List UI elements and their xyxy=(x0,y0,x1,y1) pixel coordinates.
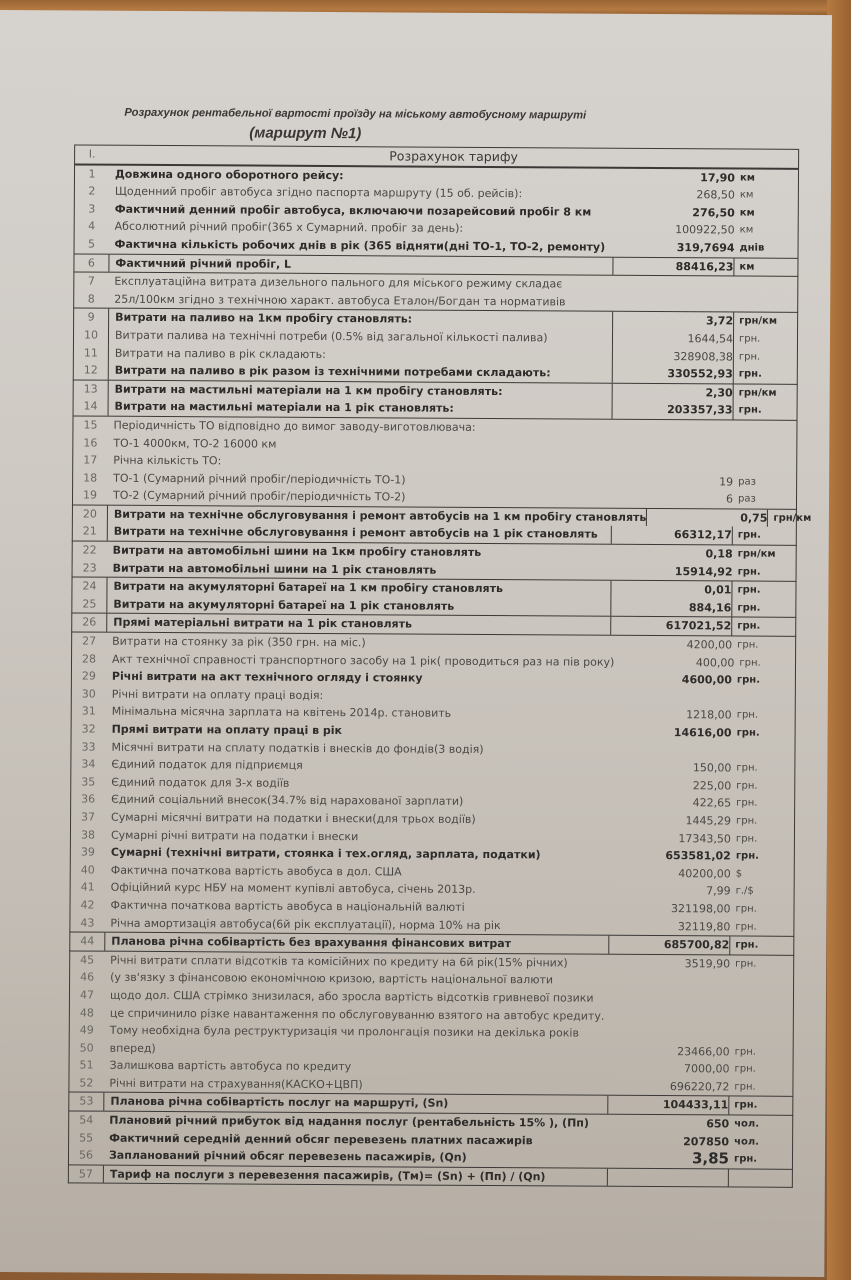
row-value: 321198,00 xyxy=(610,900,730,918)
row-number: 46 xyxy=(70,969,104,987)
row-value xyxy=(610,981,730,982)
row-unit: грн. xyxy=(730,900,793,918)
row-unit: грн. xyxy=(731,777,794,795)
row-value: 653581,02 xyxy=(611,847,731,865)
row-group: 1Довжина одного оборотного рейсу:17,90км… xyxy=(74,165,800,258)
row-unit: грн. xyxy=(733,527,796,545)
row-label: ТО-2 (Сумарний річний пробіг/періодичніс… xyxy=(107,487,613,508)
row-unit: грн. xyxy=(730,955,793,973)
row-label: 25л/100км згідно з технічною характ. авт… xyxy=(108,290,614,311)
row-value: 17,90 xyxy=(615,168,735,186)
row-value: 6 xyxy=(613,490,733,508)
row-value: 88416,23 xyxy=(612,257,734,275)
row-number: 18 xyxy=(73,469,107,487)
row-number: 38 xyxy=(71,826,105,844)
row-number: 53 xyxy=(69,1093,103,1111)
row-value: 0,01 xyxy=(610,581,732,599)
row-label: Річні витрати на страхування(КАСКО+ЦВП) xyxy=(103,1075,609,1096)
table-body: 1Довжина одного оборотного рейсу:17,90км… xyxy=(68,165,799,1188)
row-unit: г./$ xyxy=(731,883,794,901)
row-number: 31 xyxy=(72,703,106,721)
paper-sheet: Розрахунок рентабельної вартості проїзду… xyxy=(0,10,832,1277)
row-number: 30 xyxy=(72,685,106,703)
row-value: 884,16 xyxy=(610,599,732,617)
row-number: 47 xyxy=(70,986,104,1004)
row-group: 54Плановий річний прибуток від надання п… xyxy=(68,1112,793,1170)
row-unit: грн. xyxy=(733,563,796,581)
row-label: Тариф на послуги з перевезення пасажирів… xyxy=(103,1165,607,1186)
row-unit: грн. xyxy=(731,848,794,866)
row-value: 23466,00 xyxy=(610,1042,730,1060)
row-number: 14 xyxy=(74,398,108,416)
row-unit: грн. xyxy=(734,654,797,672)
row-value: 422,65 xyxy=(611,794,731,812)
row-number: 9 xyxy=(74,309,108,327)
row-number: 10 xyxy=(74,326,108,344)
row-number: 2 xyxy=(75,183,109,201)
row-group: 45Річні витрати сплати відсотків та комі… xyxy=(68,951,794,1097)
row-number: 32 xyxy=(72,720,106,738)
row-number: 51 xyxy=(69,1057,103,1075)
row-unit: км xyxy=(735,187,798,205)
row-group: 13Витрати на мастильні матеріали на 1 км… xyxy=(73,380,798,421)
row-value: 66312,17 xyxy=(611,526,733,544)
row-number: 19 xyxy=(73,487,107,505)
row-unit: грн. xyxy=(734,366,797,384)
row-value: 328908,38 xyxy=(612,347,734,365)
row-value: 1445,29 xyxy=(611,812,731,830)
row-unit: грн. xyxy=(731,812,794,830)
row-unit: грн. xyxy=(729,1097,792,1115)
row-unit: грн. xyxy=(734,348,797,366)
row-number: 52 xyxy=(69,1074,103,1092)
row-number: 11 xyxy=(74,344,108,362)
row-value: 203357,33 xyxy=(612,401,734,419)
row-value: 2,30 xyxy=(612,383,734,401)
row-label: Фактичний річний пробіг, L xyxy=(108,254,612,275)
row-label: Витрати на паливо в рік разом із технічн… xyxy=(108,362,612,383)
row-number: 27 xyxy=(72,632,106,650)
row-number: 8 xyxy=(74,290,108,308)
row-number: 56 xyxy=(69,1147,103,1165)
row-unit: грн. xyxy=(730,937,793,955)
row-value: 3,72 xyxy=(612,312,734,330)
row-unit: грн. xyxy=(734,402,797,420)
row-value: 32119,80 xyxy=(610,917,730,935)
tariff-table: I. Розрахунок тарифу 1Довжина одного обо… xyxy=(68,144,799,1188)
row-value: 17343,50 xyxy=(611,829,731,847)
row-group: 57Тариф на послуги з перевезення пасажир… xyxy=(68,1165,793,1188)
row-number: 12 xyxy=(74,362,108,380)
row-group: 22Витрати на автомобільні шини на 1км пр… xyxy=(72,542,797,583)
row-unit: грн. xyxy=(729,1061,792,1079)
row-unit: грн. xyxy=(732,707,795,725)
row-value: 7,99 xyxy=(611,882,731,900)
row-unit: грн. xyxy=(732,582,795,600)
row-unit: грн/км xyxy=(768,510,831,528)
row-value: 276,50 xyxy=(615,204,735,222)
row-unit: $ xyxy=(731,865,794,883)
row-number: 42 xyxy=(70,896,104,914)
row-number: 26 xyxy=(72,614,106,632)
row-unit: км xyxy=(735,204,798,222)
row-unit: днів xyxy=(735,239,798,257)
row-value: 3,85 xyxy=(609,1150,729,1168)
document-title: Розрахунок рентабельної вартості проїзду… xyxy=(124,107,624,122)
row-unit: грн. xyxy=(732,672,795,690)
row-unit: грн. xyxy=(730,918,793,936)
row-number: 55 xyxy=(69,1129,103,1147)
row-number: 3 xyxy=(75,200,109,218)
row-unit: грн. xyxy=(732,599,795,617)
row-label: Річна амортизація автобуса(6й рік експлу… xyxy=(104,914,610,935)
row-value: 4600,00 xyxy=(612,671,732,689)
row-number: 37 xyxy=(71,808,105,826)
row-number: 35 xyxy=(71,773,105,791)
row-number: 48 xyxy=(70,1004,104,1022)
row-label: Витрати на автомобільні шини на 1 рік ст… xyxy=(107,559,613,580)
row-number: 7 xyxy=(74,273,108,291)
row-unit: грн. xyxy=(729,1151,792,1169)
row-value xyxy=(614,285,734,286)
row-value: 19 xyxy=(613,472,733,490)
row-value xyxy=(614,302,734,303)
row-unit: грн/км xyxy=(734,313,797,331)
row-unit: раз xyxy=(733,473,796,491)
row-unit: км xyxy=(734,258,797,276)
row-value: 319,7694 xyxy=(615,239,735,257)
row-value: 1644,54 xyxy=(612,330,734,348)
row-unit: раз xyxy=(733,491,796,509)
row-unit: грн. xyxy=(732,724,795,742)
document-subtitle: (маршрут №1) xyxy=(249,125,361,143)
row-value: 104433,11 xyxy=(607,1096,729,1114)
row-value xyxy=(607,1169,729,1187)
row-unit: грн. xyxy=(731,830,794,848)
row-value: 100922,50 xyxy=(615,221,735,239)
row-label: Витрати на акумуляторні батареї на 1 рік… xyxy=(106,596,610,617)
row-value xyxy=(611,750,731,751)
row-unit: км xyxy=(735,222,798,240)
row-value xyxy=(613,446,733,447)
row-number: 50 xyxy=(70,1039,104,1057)
row-unit: чол. xyxy=(729,1133,792,1151)
row-unit: чол. xyxy=(729,1116,792,1134)
row-value: 0,18 xyxy=(613,545,733,563)
row-label: Запланований річний обсяг перевезень пас… xyxy=(103,1147,609,1168)
row-unit: км xyxy=(735,169,798,187)
row-group: 7Експлуатаційна витрата дизельного пальн… xyxy=(73,273,798,314)
row-group: 9Витрати на паливо на 1км пробігу станов… xyxy=(73,309,798,385)
row-value: 150,00 xyxy=(611,759,731,777)
row-value: 0,75 xyxy=(646,509,768,527)
row-number: 34 xyxy=(71,756,105,774)
row-value xyxy=(610,1016,730,1017)
row-group: 20Витрати на технічне обслуговування і р… xyxy=(72,505,797,546)
row-number: 29 xyxy=(72,668,106,686)
row-value xyxy=(610,1034,730,1035)
row-number: 24 xyxy=(72,578,106,596)
row-value: 696220,72 xyxy=(609,1078,729,1096)
row-number: 57 xyxy=(69,1165,103,1183)
row-group: 27Витрати на стоянку за рік (350 грн. на… xyxy=(69,632,796,937)
row-value: 1218,00 xyxy=(612,706,732,724)
row-number: 16 xyxy=(73,434,107,452)
row-value: 3519,90 xyxy=(610,954,730,972)
row-number: 5 xyxy=(75,235,109,253)
row-value: 15914,92 xyxy=(613,562,733,580)
row-number: 15 xyxy=(73,416,107,434)
row-unit: грн. xyxy=(729,1078,792,1096)
row-unit: грн. xyxy=(730,1043,793,1061)
row-label: Планова річна собівартість без врахуванн… xyxy=(104,933,608,954)
row-unit: грн. xyxy=(731,795,794,813)
row-number: 39 xyxy=(71,844,105,862)
row-value: 225,00 xyxy=(611,777,731,795)
row-number: 40 xyxy=(71,861,105,879)
row-unit: грн. xyxy=(731,760,794,778)
row-number: 45 xyxy=(70,951,104,969)
row-value xyxy=(613,464,733,465)
row-value: 40200,00 xyxy=(611,864,731,882)
row-number: 33 xyxy=(71,738,105,756)
row-number: 41 xyxy=(71,879,105,897)
row-label: Фактична кількість робочих днів в рік (3… xyxy=(109,236,615,257)
row-number: 4 xyxy=(75,218,109,236)
row-number: 54 xyxy=(69,1112,103,1130)
row-number: 36 xyxy=(71,791,105,809)
row-value: 400,00 xyxy=(614,653,734,671)
row-group: 24Витрати на акумуляторні батареї на 1 к… xyxy=(71,578,796,619)
row-value: 617021,52 xyxy=(610,617,732,635)
row-value: 14616,00 xyxy=(612,724,732,742)
row-number: 21 xyxy=(73,523,107,541)
row-label: Витрати на технічне обслуговування і рем… xyxy=(107,523,611,544)
row-unit: грн/км xyxy=(734,384,797,402)
row-value xyxy=(610,998,730,999)
row-unit: грн/км xyxy=(733,546,796,564)
row-number: 25 xyxy=(72,595,106,613)
row-number: 20 xyxy=(73,505,107,523)
row-value: 330552,93 xyxy=(612,365,734,383)
row-label: Прямі матеріальні витрати на 1 рік стано… xyxy=(106,614,610,635)
row-group: 15Періодичність ТО відповідно до вимог з… xyxy=(72,416,798,509)
row-number: 23 xyxy=(73,559,107,577)
row-label: Витрати на мастильні матеріали на 1 рік … xyxy=(108,398,612,419)
row-unit: грн. xyxy=(732,618,795,636)
row-number: 43 xyxy=(70,914,104,932)
row-number: 6 xyxy=(74,254,108,272)
row-value xyxy=(613,428,733,429)
row-value xyxy=(612,697,732,698)
row-value: 207850 xyxy=(609,1132,729,1150)
row-unit: грн. xyxy=(732,637,795,655)
table-row: 57Тариф на послуги з перевезення пасажир… xyxy=(69,1165,792,1187)
row-number: 28 xyxy=(72,650,106,668)
row-number: 44 xyxy=(70,933,104,951)
row-value: 7000,00 xyxy=(609,1060,729,1078)
row-number: 22 xyxy=(73,542,107,560)
section-title: Розрахунок тарифу xyxy=(109,146,798,168)
section-number: I. xyxy=(75,145,109,163)
row-value: 685700,82 xyxy=(608,936,730,954)
row-value: 650 xyxy=(609,1115,729,1133)
row-number: 17 xyxy=(73,452,107,470)
row-number: 49 xyxy=(70,1022,104,1040)
row-label: Планова річна собівартість послуг на мар… xyxy=(103,1093,607,1114)
row-value: 4200,00 xyxy=(612,636,732,654)
row-unit: грн. xyxy=(734,330,797,348)
row-number: 13 xyxy=(74,380,108,398)
row-number: 1 xyxy=(75,165,109,183)
row-value: 268,50 xyxy=(615,186,735,204)
